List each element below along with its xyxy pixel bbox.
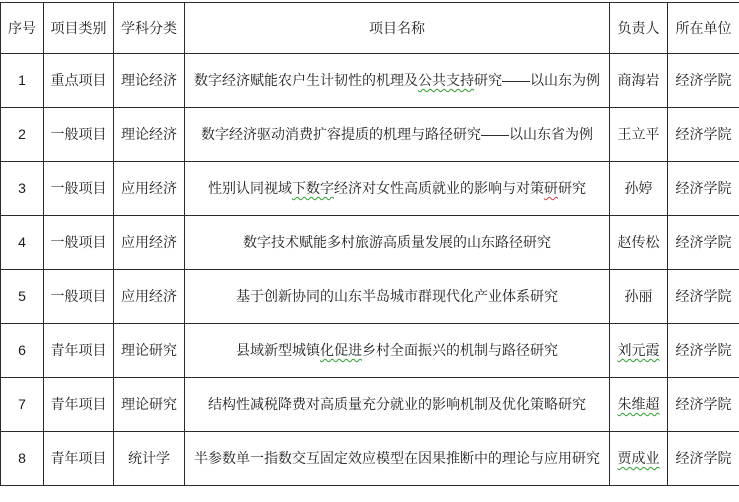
table-row: 2一般项目理论经济数字经济驱动消费扩容提质的机理与路径研究——以山东省为例王立平… (1, 108, 739, 162)
header-row: 序号项目类别学科分类项目名称负责人所在单位 (1, 3, 739, 54)
cell-leader: 刘元霞 (610, 324, 668, 378)
cell-project-title: 县域新型城镇化促进乡村全面振兴的机制与路径研究 (185, 324, 610, 378)
header-cell-5: 所在单位 (668, 3, 739, 54)
leader-name: 朱维超 (618, 396, 660, 412)
title-segment: 性别认同视域 (208, 180, 292, 196)
cell-subject: 应用经济 (114, 270, 185, 324)
title-segment: 研究——以山东为例 (474, 72, 600, 88)
cell-category: 青年项目 (44, 324, 114, 378)
leader-name: 商海岩 (618, 72, 660, 88)
cell-subject: 理论经济 (114, 108, 185, 162)
cell-unit: 经济学院 (668, 108, 739, 162)
title-segment: 数字经济赋能农户生计韧性的机理及 (194, 72, 418, 88)
table-row: 3一般项目应用经济性别认同视域下数字经济对女性高质就业的影响与对策研研究孙婷经济… (1, 162, 739, 216)
cell-category: 青年项目 (44, 432, 114, 486)
cell-leader: 王立平 (610, 108, 668, 162)
header-cell-3: 项目名称 (185, 3, 610, 54)
cell-project-title: 数字经济赋能农户生计韧性的机理及公共支持研究——以山东为例 (185, 54, 610, 108)
cell-project-title: 性别认同视域下数字经济对女性高质就业的影响与对策研研究 (185, 162, 610, 216)
cell-subject: 理论研究 (114, 324, 185, 378)
cell-subject: 应用经济 (114, 162, 185, 216)
cell-unit: 经济学院 (668, 270, 739, 324)
title-segment: 基于创新协同的山东半岛城市群现代化产业体系研究 (236, 288, 558, 304)
cell-seq: 8 (1, 432, 44, 486)
leader-name: 孙丽 (625, 288, 653, 304)
header-cell-2: 学科分类 (114, 3, 185, 54)
cell-leader: 朱维超 (610, 378, 668, 432)
header-cell-1: 项目类别 (44, 3, 114, 54)
cell-category: 一般项目 (44, 162, 114, 216)
table-row: 8青年项目统计学半参数单一指数交互固定效应模型在因果推断中的理论与应用研究贾成业… (1, 432, 739, 486)
cell-leader: 贾成业 (610, 432, 668, 486)
cell-category: 一般项目 (44, 216, 114, 270)
title-segment: 结构性减税降费对高质量充分就业的影响机制及优化策略研究 (208, 396, 586, 412)
cell-category: 一般项目 (44, 270, 114, 324)
cell-seq: 5 (1, 270, 44, 324)
cell-category: 一般项目 (44, 108, 114, 162)
title-segment: 研究 (558, 180, 586, 196)
cell-subject: 应用经济 (114, 216, 185, 270)
table-body: 1重点项目理论经济数字经济赋能农户生计韧性的机理及公共支持研究——以山东为例商海… (1, 54, 739, 486)
cell-project-title: 结构性减税降费对高质量充分就业的影响机制及优化策略研究 (185, 378, 610, 432)
cell-seq: 2 (1, 108, 44, 162)
leader-name: 贾成业 (618, 450, 660, 466)
cell-project-title: 数字技术赋能多村旅游高质量发展的山东路径研究 (185, 216, 610, 270)
cell-seq: 4 (1, 216, 44, 270)
leader-name: 孙婷 (625, 180, 653, 196)
title-segment-spellcheck-green: 公共支持 (418, 72, 474, 88)
leader-name: 刘元霞 (618, 342, 660, 358)
cell-leader: 商海岩 (610, 54, 668, 108)
cell-seq: 6 (1, 324, 44, 378)
title-segment: 数字技术赋能多村旅游高质量发展的山东路径研究 (243, 234, 551, 250)
cell-unit: 经济学院 (668, 432, 739, 486)
cell-subject: 理论经济 (114, 54, 185, 108)
cell-subject: 统计学 (114, 432, 185, 486)
cell-leader: 赵传松 (610, 216, 668, 270)
title-segment: 数字经济驱动消费扩容提质的机理与路径研究——以山东省为例 (201, 126, 593, 142)
cell-category: 重点项目 (44, 54, 114, 108)
cell-subject: 理论研究 (114, 378, 185, 432)
table-row: 6青年项目理论研究县域新型城镇化促进乡村全面振兴的机制与路径研究刘元霞经济学院 (1, 324, 739, 378)
cell-unit: 经济学院 (668, 378, 739, 432)
document-page: 序号项目类别学科分类项目名称负责人所在单位 1重点项目理论经济数字经济赋能农户生… (0, 0, 739, 502)
leader-name: 赵传松 (618, 234, 660, 250)
cell-leader: 孙婷 (610, 162, 668, 216)
title-segment: 县域新型城镇 (236, 342, 320, 358)
cell-seq: 1 (1, 54, 44, 108)
cell-category: 青年项目 (44, 378, 114, 432)
table-row: 4一般项目应用经济数字技术赋能多村旅游高质量发展的山东路径研究赵传松经济学院 (1, 216, 739, 270)
cell-project-title: 半参数单一指数交互固定效应模型在因果推断中的理论与应用研究 (185, 432, 610, 486)
table-row: 1重点项目理论经济数字经济赋能农户生计韧性的机理及公共支持研究——以山东为例商海… (1, 54, 739, 108)
projects-table: 序号项目类别学科分类项目名称负责人所在单位 1重点项目理论经济数字经济赋能农户生… (0, 2, 739, 486)
table-row: 5一般项目应用经济基于创新协同的山东半岛城市群现代化产业体系研究孙丽经济学院 (1, 270, 739, 324)
cell-project-title: 基于创新协同的山东半岛城市群现代化产业体系研究 (185, 270, 610, 324)
cell-seq: 3 (1, 162, 44, 216)
title-segment: 半参数单一指数交互固定效应模型在因果推断中的理论与应用研究 (194, 450, 600, 466)
title-segment-spellcheck-green: 下数字 (292, 180, 334, 196)
cell-unit: 经济学院 (668, 54, 739, 108)
table-row: 7青年项目理论研究结构性减税降费对高质量充分就业的影响机制及优化策略研究朱维超经… (1, 378, 739, 432)
title-segment: 经济对女性高质就业的影响与对策 (334, 180, 544, 196)
title-segment-spellcheck-green: 化促进 (320, 342, 362, 358)
cell-unit: 经济学院 (668, 216, 739, 270)
cell-project-title: 数字经济驱动消费扩容提质的机理与路径研究——以山东省为例 (185, 108, 610, 162)
cell-leader: 孙丽 (610, 270, 668, 324)
header-cell-4: 负责人 (610, 3, 668, 54)
cell-unit: 经济学院 (668, 324, 739, 378)
cell-seq: 7 (1, 378, 44, 432)
cell-unit: 经济学院 (668, 162, 739, 216)
title-segment-spellcheck-red: 研 (544, 180, 558, 196)
header-cell-0: 序号 (1, 3, 44, 54)
title-segment: 乡村全面振兴的机制与路径研究 (362, 342, 558, 358)
leader-name: 王立平 (618, 126, 660, 142)
